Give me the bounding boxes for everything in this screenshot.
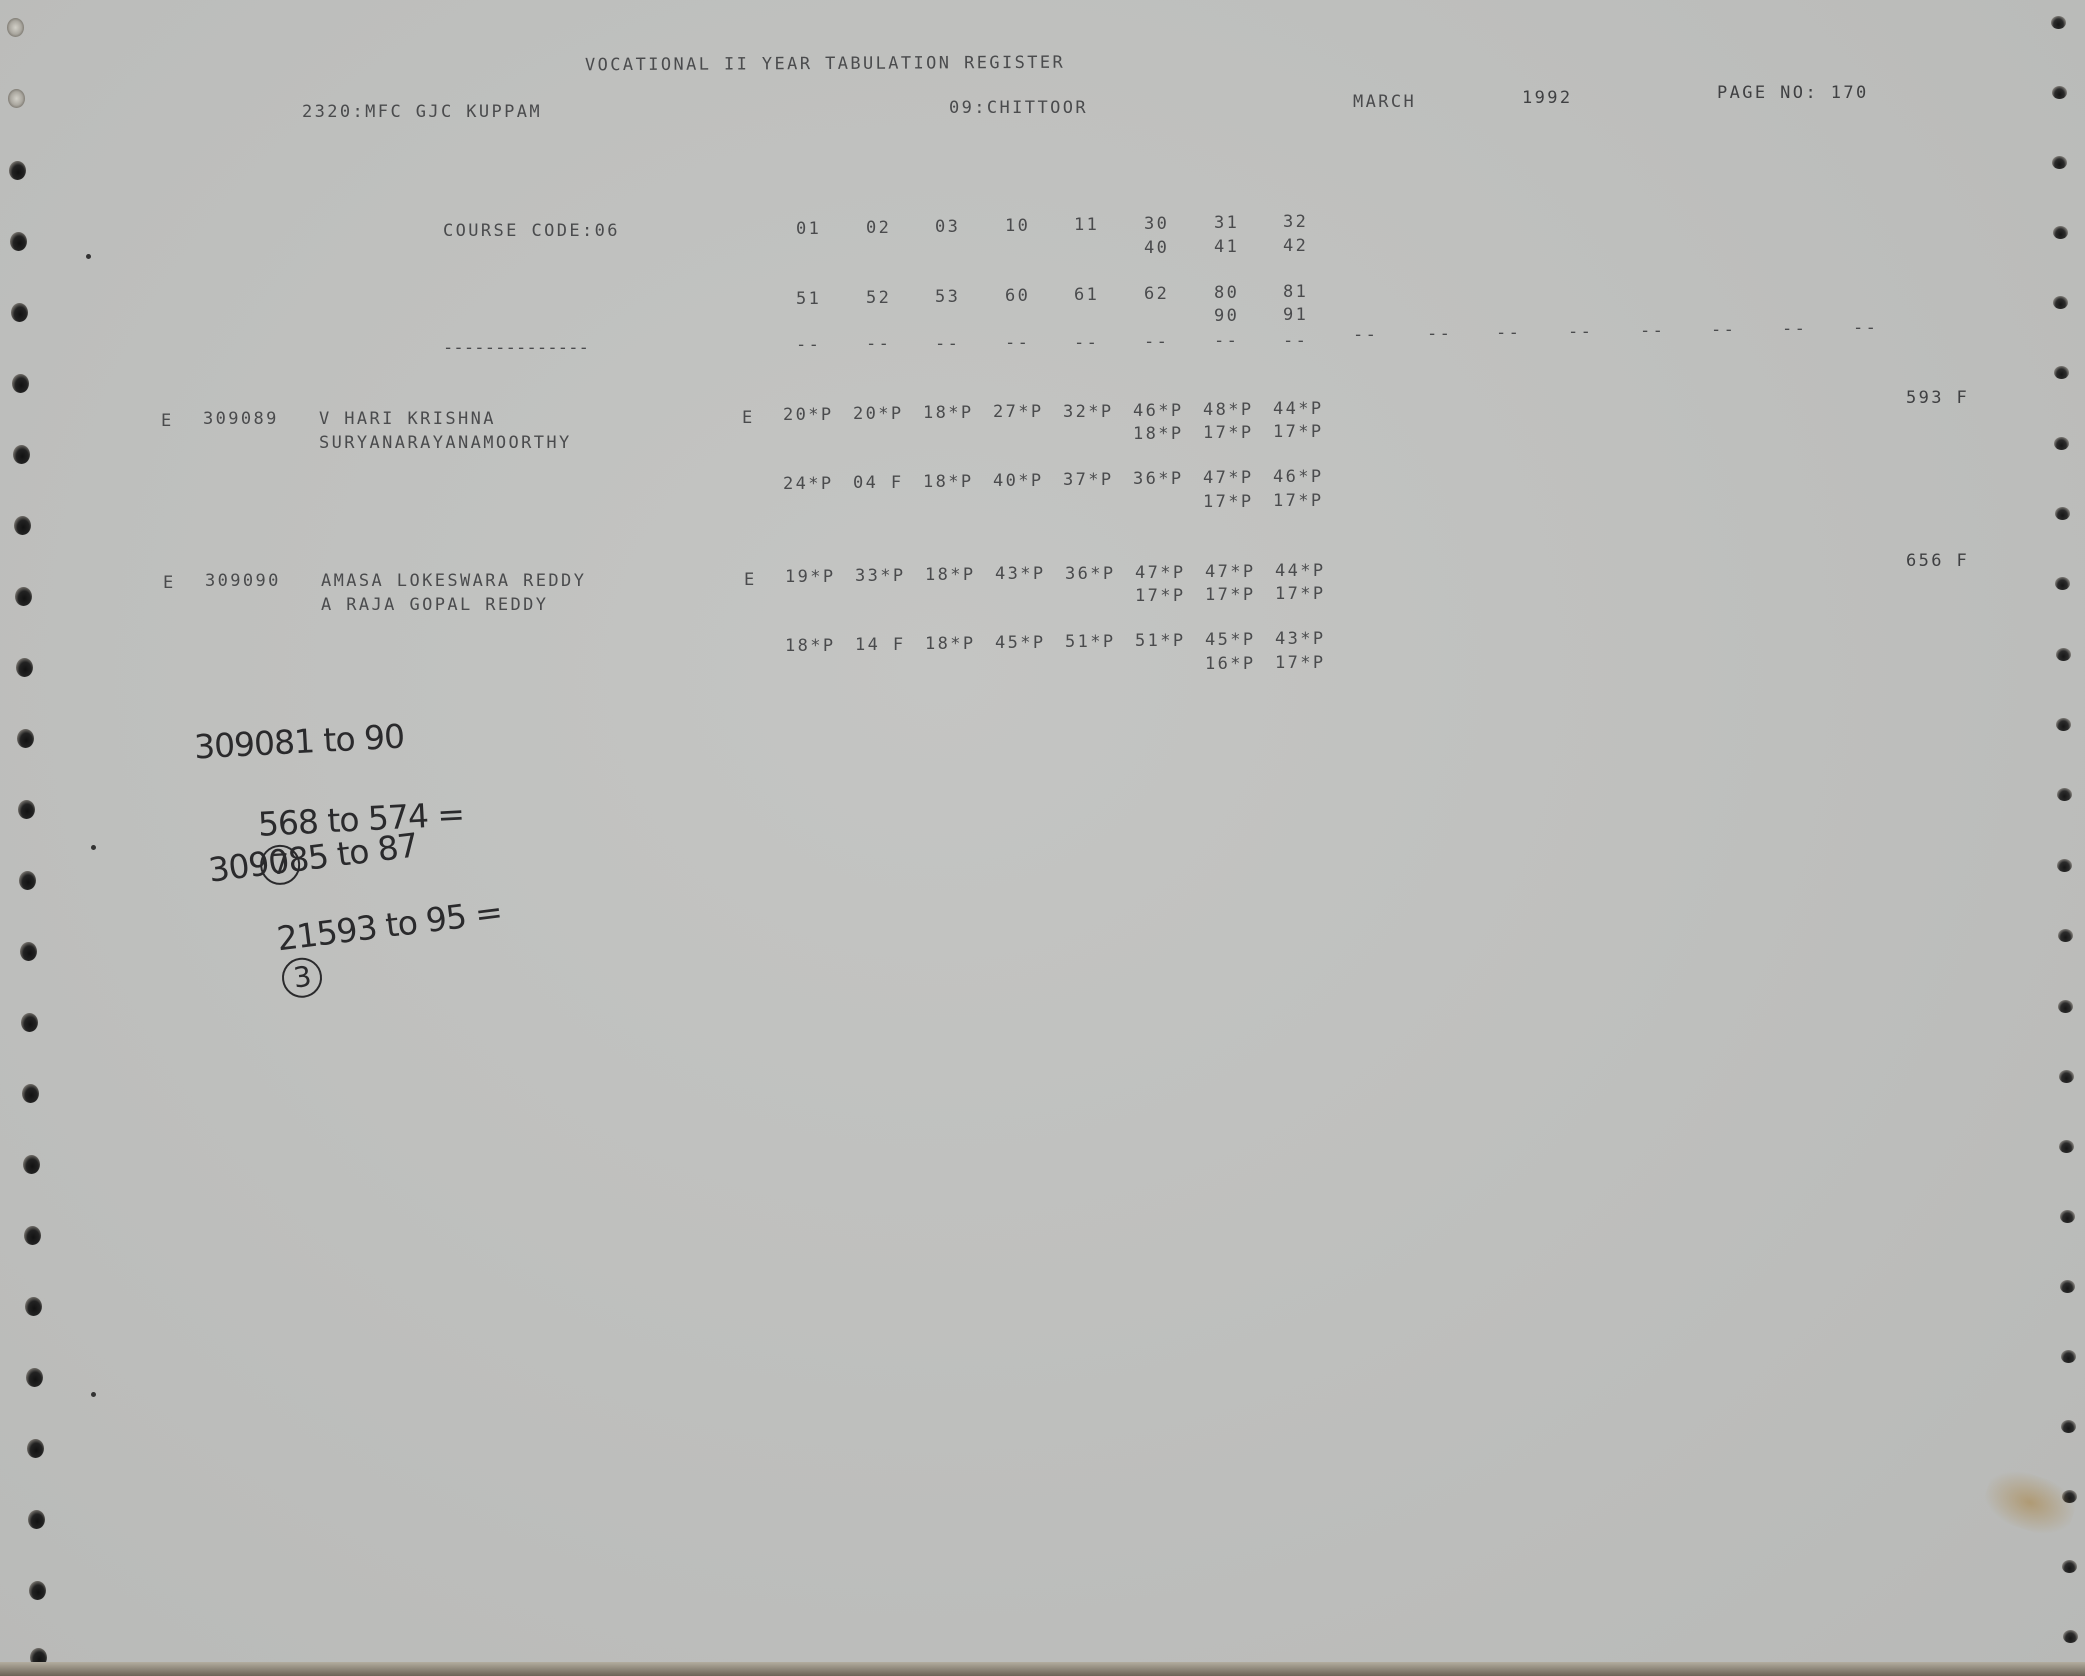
subject-mark: 47*P (1203, 470, 1254, 487)
note-line: 21593 to 95 = (275, 892, 504, 958)
subject-mark: 04 F (853, 475, 904, 492)
student-name: V HARI KRISHNA (319, 411, 496, 428)
subject-mark: 17*P (1203, 425, 1254, 442)
feed-hole-icon (30, 1648, 47, 1667)
subject-mark: 37*P (1063, 472, 1114, 489)
college-code: 2320:MFC GJC KUPPAM (302, 104, 542, 121)
subject-mark: 24*P (783, 476, 834, 493)
subject-mark: 36*P (1133, 471, 1184, 488)
student-flag: E (161, 413, 174, 430)
dash-separator: -- (935, 336, 960, 353)
feed-hole-icon (15, 587, 32, 606)
feed-hole-icon (10, 232, 27, 251)
feed-hole-icon (18, 800, 35, 819)
feed-hole-icon (2055, 577, 2070, 590)
tabulation-register-sheet: VOCATIONAL II YEAR TABULATION REGISTER 2… (0, 0, 2085, 1676)
subject-mark: 18*P (923, 474, 974, 491)
dash-separator: -- (1568, 324, 1593, 341)
student-total-result: 593 F (1906, 390, 1969, 407)
dash-separator: -- (1144, 334, 1169, 351)
feed-hole-icon (2057, 788, 2072, 801)
course-label-underline: -------------- (443, 340, 589, 357)
feed-hole-icon (2060, 1280, 2075, 1293)
student-name: AMASA LOKESWARA REDDY (321, 573, 586, 590)
subject-mark: 17*P (1135, 588, 1186, 605)
ink-speck (91, 845, 96, 850)
student-father-name: SURYANARAYANAMOORTHY (319, 435, 572, 452)
district-code: 09:CHITTOOR (949, 100, 1088, 117)
subject-mark: 47*P (1135, 565, 1186, 582)
feed-hole-icon (2059, 1140, 2074, 1153)
subject-mark: 45*P (1205, 632, 1256, 649)
subject-code: 30 (1144, 216, 1169, 233)
course-code-label: COURSE CODE:06 (443, 223, 620, 240)
page-number: PAGE NO: 170 (1717, 85, 1869, 102)
subject-code: 91 (1283, 307, 1308, 324)
subject-code: 01 (796, 221, 821, 238)
note-line-with-count: 21593 to 95 = 3 (213, 853, 513, 1045)
subject-code: 11 (1074, 217, 1099, 234)
feed-hole-icon (7, 18, 24, 37)
subject-code: 42 (1283, 238, 1308, 255)
feed-hole-icon (8, 89, 25, 108)
subject-mark: 18*P (785, 638, 836, 655)
feed-hole-icon (2053, 296, 2068, 309)
subject-code: 41 (1214, 239, 1239, 256)
student-medium: E (742, 410, 755, 427)
student-total-result: 656 F (1906, 553, 1969, 570)
exam-month: MARCH (1353, 94, 1416, 111)
feed-hole-icon (2052, 156, 2067, 169)
feed-hole-icon (16, 658, 33, 677)
feed-hole-icon (25, 1297, 42, 1316)
subject-mark: 46*P (1273, 469, 1324, 486)
subject-code: 53 (935, 289, 960, 306)
feed-hole-icon (2058, 929, 2073, 942)
feed-hole-icon (27, 1439, 44, 1458)
subject-mark: 33*P (855, 568, 906, 585)
dash-separator: -- (1005, 335, 1030, 352)
dash-separator: -- (1427, 326, 1452, 343)
subject-mark: 17*P (1275, 586, 1326, 603)
feed-hole-icon (26, 1368, 43, 1387)
student-roll-number: 309090 (205, 573, 281, 590)
subject-code: 90 (1214, 308, 1239, 325)
subject-code: 62 (1144, 286, 1169, 303)
subject-mark: 47*P (1205, 564, 1256, 581)
feed-hole-icon (2061, 1420, 2076, 1433)
subject-mark: 27*P (993, 404, 1044, 421)
subject-code: 61 (1074, 287, 1099, 304)
feed-hole-icon (2054, 366, 2069, 379)
subject-code: 10 (1005, 218, 1030, 235)
dash-separator: -- (866, 336, 891, 353)
subject-code: 81 (1283, 284, 1308, 301)
feed-hole-icon (2061, 1350, 2076, 1363)
subject-mark: 18*P (925, 636, 976, 653)
subject-mark: 36*P (1065, 566, 1116, 583)
subject-mark: 32*P (1063, 404, 1114, 421)
feed-hole-icon (17, 729, 34, 748)
subject-mark: 43*P (1275, 631, 1326, 648)
paper-stain (1979, 1462, 2082, 1542)
dash-separator: -- (1074, 335, 1099, 352)
subject-code: 60 (1005, 288, 1030, 305)
subject-code: 32 (1283, 214, 1308, 231)
student-roll-number: 309089 (203, 411, 279, 428)
dash-separator: -- (1782, 321, 1807, 338)
subject-code: 80 (1214, 285, 1239, 302)
feed-hole-icon (2051, 16, 2066, 29)
subject-mark: 17*P (1203, 494, 1254, 511)
subject-mark: 17*P (1273, 424, 1324, 441)
subject-mark: 19*P (785, 569, 836, 586)
subject-mark: 40*P (993, 473, 1044, 490)
circled-count: 3 (280, 955, 325, 1000)
feed-hole-icon (29, 1581, 46, 1600)
subject-mark: 16*P (1205, 656, 1256, 673)
subject-code: 40 (1144, 240, 1169, 257)
feed-hole-icon (21, 1013, 38, 1032)
feed-hole-icon (2057, 859, 2072, 872)
feed-hole-icon (11, 303, 28, 322)
subject-code: 03 (935, 219, 960, 236)
feed-hole-icon (2053, 226, 2068, 239)
subject-code: 51 (796, 291, 821, 308)
subject-code: 52 (866, 290, 891, 307)
dash-separator: -- (1214, 333, 1239, 350)
feed-hole-icon (2062, 1560, 2077, 1573)
dash-separator: -- (1283, 333, 1308, 350)
student-flag: E (163, 575, 176, 592)
subject-mark: 51*P (1065, 634, 1116, 651)
feed-hole-icon (2055, 507, 2070, 520)
feed-hole-icon (23, 1155, 40, 1174)
feed-hole-icon (2056, 648, 2071, 661)
report-title: VOCATIONAL II YEAR TABULATION REGISTER (585, 55, 1065, 75)
subject-mark: 20*P (853, 406, 904, 423)
feed-hole-icon (24, 1226, 41, 1245)
exam-year: 1992 (1522, 90, 1573, 107)
feed-hole-icon (13, 445, 30, 464)
subject-mark: 48*P (1203, 402, 1254, 419)
ink-speck (91, 1392, 96, 1397)
subject-mark: 18*P (923, 405, 974, 422)
feed-hole-icon (19, 871, 36, 890)
feed-hole-icon (2059, 1070, 2074, 1083)
student-father-name: A RAJA GOPAL REDDY (321, 597, 548, 614)
feed-hole-icon (2060, 1210, 2075, 1223)
subject-mark: 20*P (783, 407, 834, 424)
feed-hole-icon (20, 942, 37, 961)
subject-code: 02 (866, 220, 891, 237)
subject-mark: 45*P (995, 635, 1046, 652)
student-medium: E (744, 572, 757, 589)
ink-speck (86, 254, 91, 259)
dash-separator: -- (1640, 323, 1665, 340)
dash-separator: -- (796, 337, 821, 354)
subject-mark: 18*P (925, 567, 976, 584)
subject-mark: 14 F (855, 637, 906, 654)
subject-mark: 17*P (1275, 655, 1326, 672)
feed-hole-icon (22, 1084, 39, 1103)
subject-mark: 43*P (995, 566, 1046, 583)
subject-mark: 51*P (1135, 633, 1186, 650)
subject-mark: 17*P (1273, 493, 1324, 510)
subject-mark: 44*P (1273, 401, 1324, 418)
dash-separator: -- (1853, 320, 1878, 337)
feed-hole-icon (2056, 718, 2071, 731)
subject-mark: 17*P (1205, 587, 1256, 604)
feed-hole-icon (2052, 86, 2067, 99)
feed-hole-icon (2058, 1000, 2073, 1013)
dash-separator: -- (1496, 325, 1521, 342)
feed-hole-icon (14, 516, 31, 535)
feed-hole-icon (2063, 1630, 2078, 1643)
subject-mark: 18*P (1133, 426, 1184, 443)
subject-mark: 46*P (1133, 403, 1184, 420)
subject-code: 31 (1214, 215, 1239, 232)
feed-hole-icon (28, 1510, 45, 1529)
feed-hole-icon (9, 161, 26, 180)
feed-hole-icon (2054, 437, 2069, 450)
dash-separator: -- (1711, 322, 1736, 339)
feed-hole-icon (12, 374, 29, 393)
dash-separator: -- (1353, 327, 1378, 344)
subject-mark: 44*P (1275, 563, 1326, 580)
